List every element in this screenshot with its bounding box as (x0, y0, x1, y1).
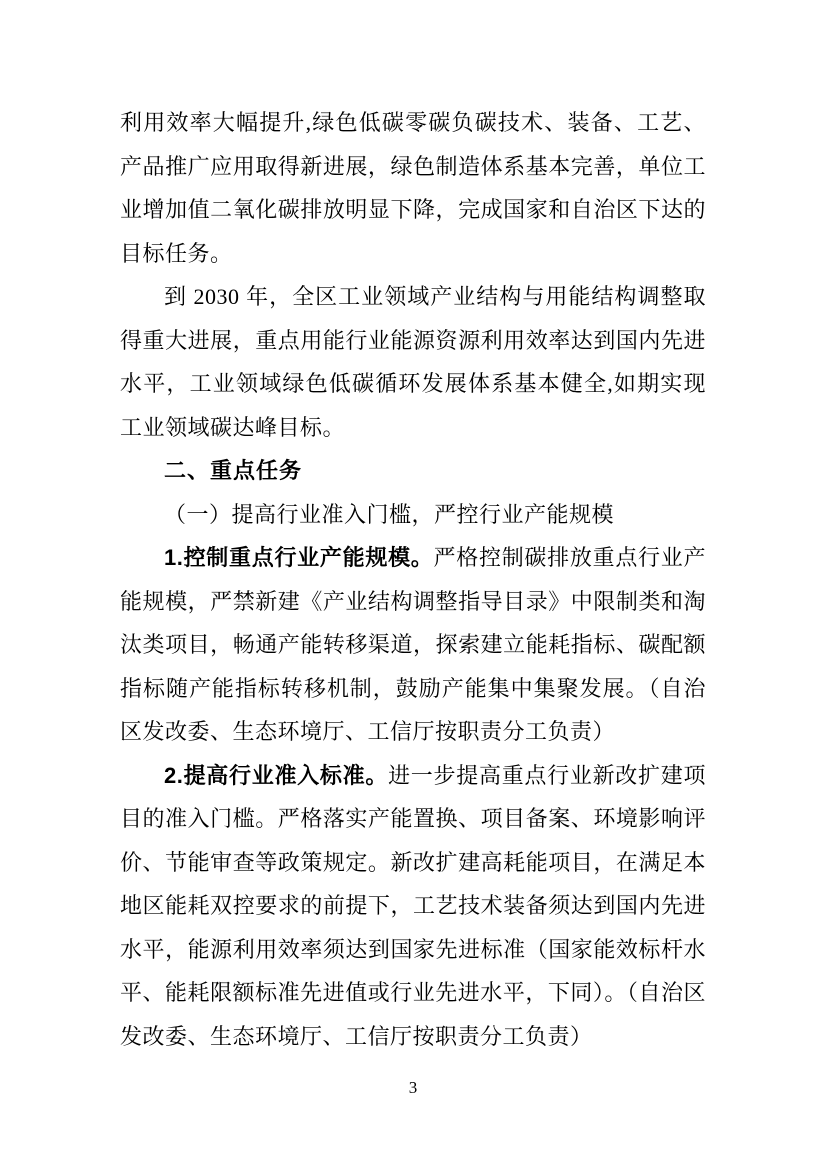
paragraph-continuation-goals-2025: 利用效率大幅提升,绿色低碳零碳负碳技术、装备、工艺、产品推广应用取得新进展，绿色… (120, 101, 706, 275)
page-number: 3 (0, 1078, 826, 1098)
heading-section-2: 二、重点任务 (120, 449, 706, 493)
paragraph-goals-2030: 到 2030 年，全区工业领域产业结构与用能结构调整取得重大进展，重点用能行业能… (120, 275, 706, 449)
paragraph-bold-lead: 1.控制重点行业产能规模。 (164, 545, 434, 570)
heading-subsection-1: （一）提高行业准入门槛，严控行业产能规模 (120, 493, 706, 537)
paragraph-task-2: 2.提高行业准入标准。进一步提高重点行业新改扩建项目的准入门槛。严格落实产能置换… (120, 754, 706, 1059)
document-body: 利用效率大幅提升,绿色低碳零碳负碳技术、装备、工艺、产品推广应用取得新进展，绿色… (120, 101, 706, 1058)
paragraph-task-1: 1.控制重点行业产能规模。严格控制碳排放重点行业产能规模，严禁新建《产业结构调整… (120, 536, 706, 754)
paragraph-bold-lead: 2.提高行业准入标准。 (164, 763, 388, 788)
document-page: 利用效率大幅提升,绿色低碳零碳负碳技术、装备、工艺、产品推广应用取得新进展，绿色… (0, 0, 826, 1169)
